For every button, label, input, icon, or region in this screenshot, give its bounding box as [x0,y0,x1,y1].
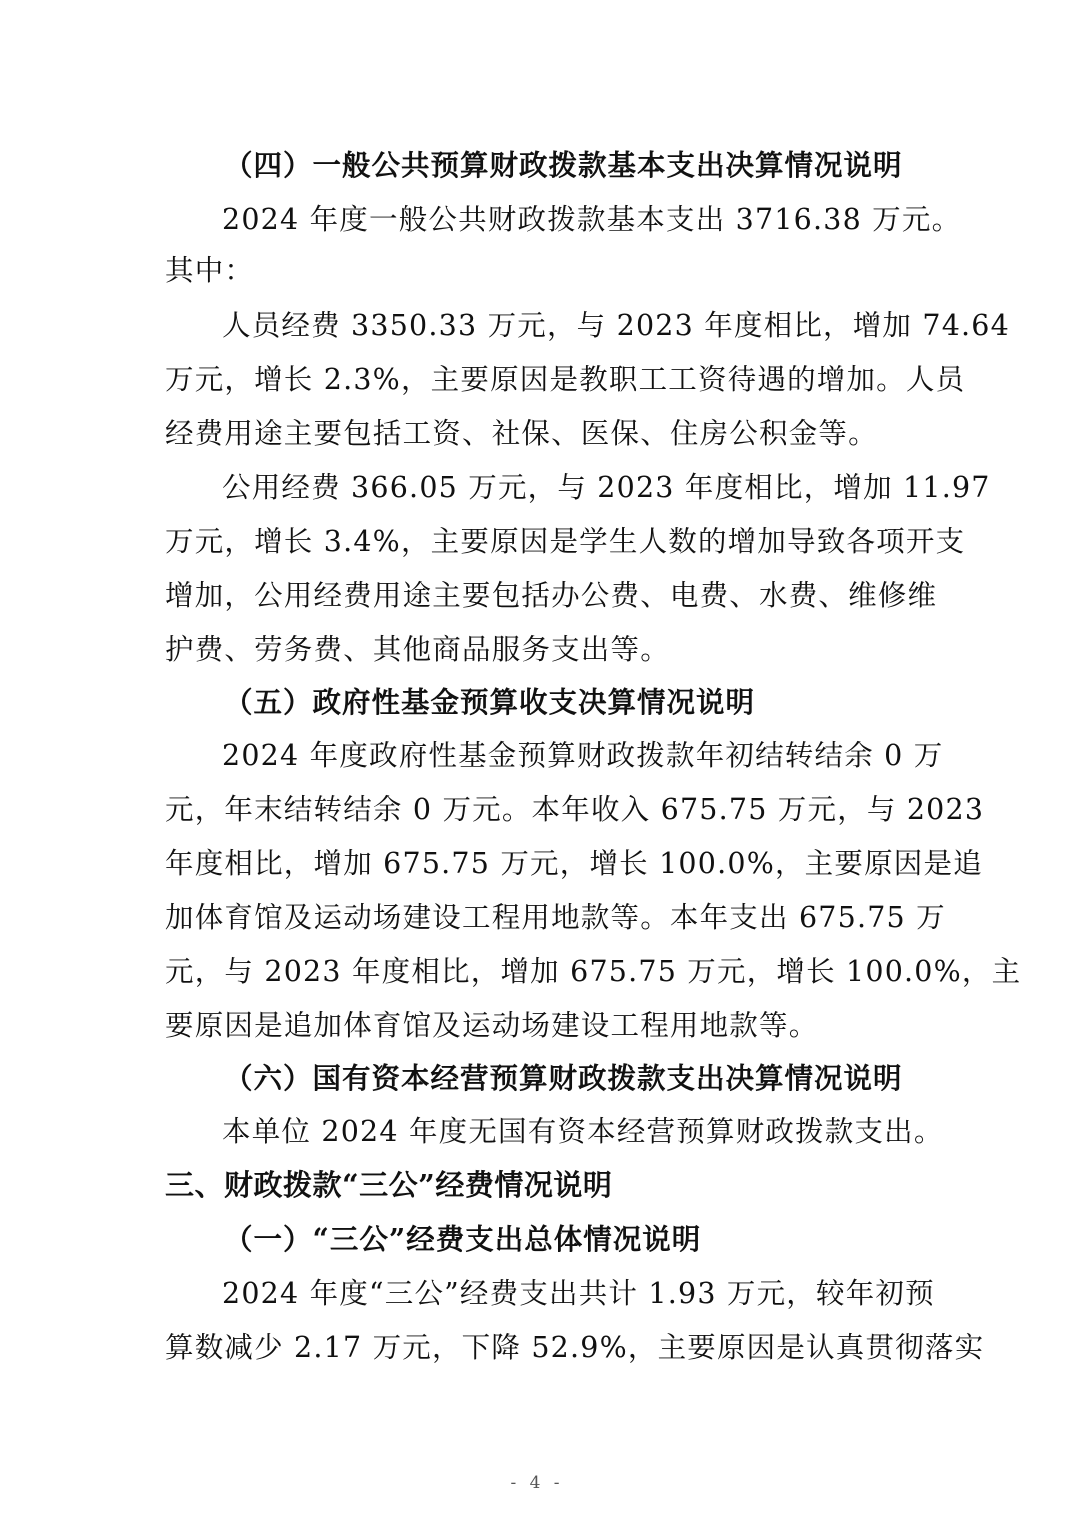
paragraph-line: 万元，增长 2.3%，主要原因是教职工工资待遇的增加。人员 [165,362,910,398]
paragraph-line: 2024 年度政府性基金预算财政拨款年初结转结余 0 万 [222,738,910,774]
paragraph-line: 年度相比，增加 675.75 万元，增长 100.0%，主要原因是追 [165,846,910,882]
paragraph-line: 人员经费 3350.33 万元，与 2023 年度相比，增加 74.64 [222,308,910,344]
section-heading-4: （四）一般公共预算财政拨款基本支出决算情况说明 [224,147,912,183]
section-heading-5: （五）政府性基金预算收支决算情况说明 [224,684,912,720]
paragraph-line: 其中： [165,253,910,289]
paragraph-line: 算数减少 2.17 万元，下降 52.9%，主要原因是认真贯彻落实 [165,1330,910,1366]
document-page: （四）一般公共预算财政拨款基本支出决算情况说明 2024 年度一般公共财政拨款基… [0,0,1074,1520]
section-heading-6: （六）国有资本经营预算财政拨款支出决算情况说明 [224,1060,912,1096]
paragraph-line: 护费、劳务费、其他商品服务支出等。 [165,632,910,668]
paragraph-line: 增加，公用经费用途主要包括办公费、电费、水费、维修维 [165,578,910,614]
paragraph-line: 万元，增长 3.4%，主要原因是学生人数的增加导致各项开支 [165,524,910,560]
paragraph-line: 元，与 2023 年度相比，增加 675.75 万元，增长 100.0%，主 [165,954,910,990]
page-number: - 4 - [0,1473,1074,1493]
paragraph-line: 公用经费 366.05 万元，与 2023 年度相比，增加 11.97 [222,470,910,506]
paragraph-line: 要原因是追加体育馆及运动场建设工程用地款等。 [165,1008,910,1044]
paragraph-line: 加体育馆及运动场建设工程用地款等。本年支出 675.75 万 [165,900,910,936]
paragraph-line: 2024 年度一般公共财政拨款基本支出 3716.38 万元。 [222,202,910,238]
paragraph-line: 2024 年度“三公”经费支出共计 1.93 万元，较年初预 [222,1276,910,1312]
subsection-heading-1: （一）“三公”经费支出总体情况说明 [224,1221,912,1257]
paragraph-line: 本单位 2024 年度无国有资本经营预算财政拨款支出。 [222,1114,910,1150]
paragraph-line: 经费用途主要包括工资、社保、医保、住房公积金等。 [165,416,910,452]
paragraph-line: 元，年末结转结余 0 万元。本年收入 675.75 万元，与 2023 [165,792,910,828]
chapter-heading-3: 三、财政拨款“三公”经费情况说明 [165,1167,910,1203]
